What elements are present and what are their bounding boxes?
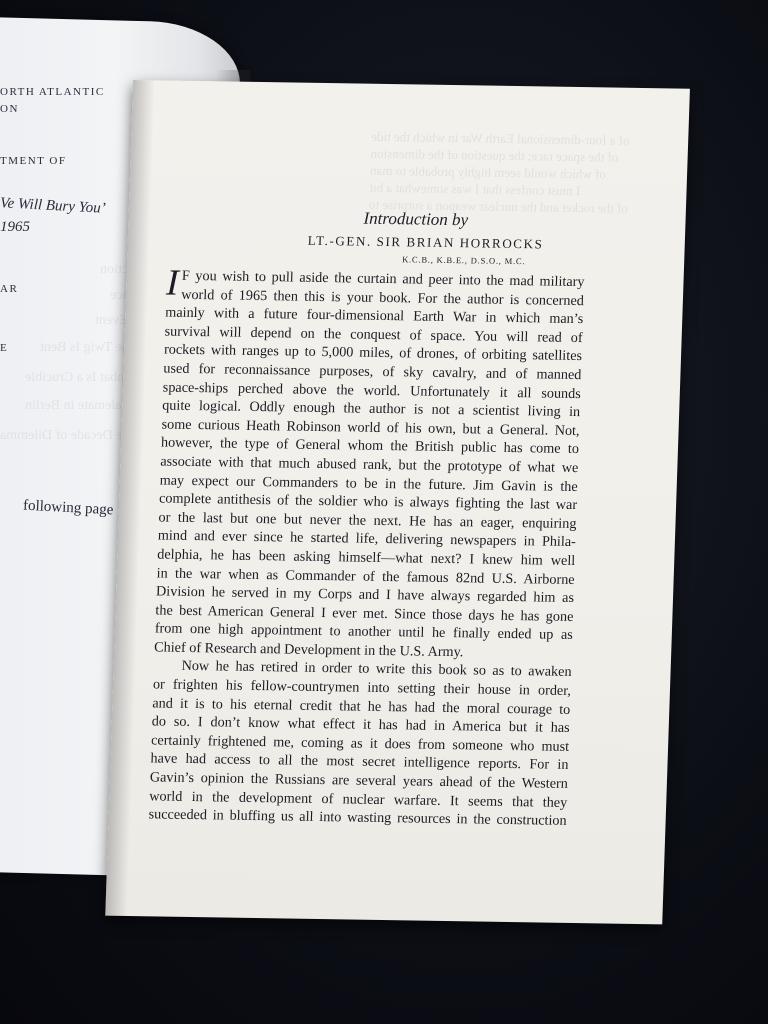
- toc-entry: E: [0, 342, 8, 354]
- intro-honours: K.C.B., K.B.E., D.S.O., M.C.: [402, 254, 526, 266]
- toc-entry: TMENT OF: [0, 155, 67, 167]
- toc-entry: 1965: [0, 219, 30, 236]
- toc-entry: ON: [0, 103, 19, 115]
- bleed-through-text: of a four-dimensional Earth War in which…: [133, 80, 690, 89]
- drop-cap: I: [166, 269, 179, 299]
- intro-body-text: I F you wish to pull aside the curtain a…: [148, 267, 584, 831]
- book-photo-scene: Introduction Preface The Most Significan…: [0, 0, 768, 1024]
- intro-heading: Introduction by: [363, 209, 468, 231]
- toc-entry: AR: [0, 283, 18, 295]
- intro-author: LT.-GEN. SIR BRIAN HORROCKS: [307, 233, 543, 253]
- right-page: of a four-dimensional Earth War in which…: [105, 80, 690, 924]
- toc-entry: ORTH ATLANTIC: [0, 86, 105, 98]
